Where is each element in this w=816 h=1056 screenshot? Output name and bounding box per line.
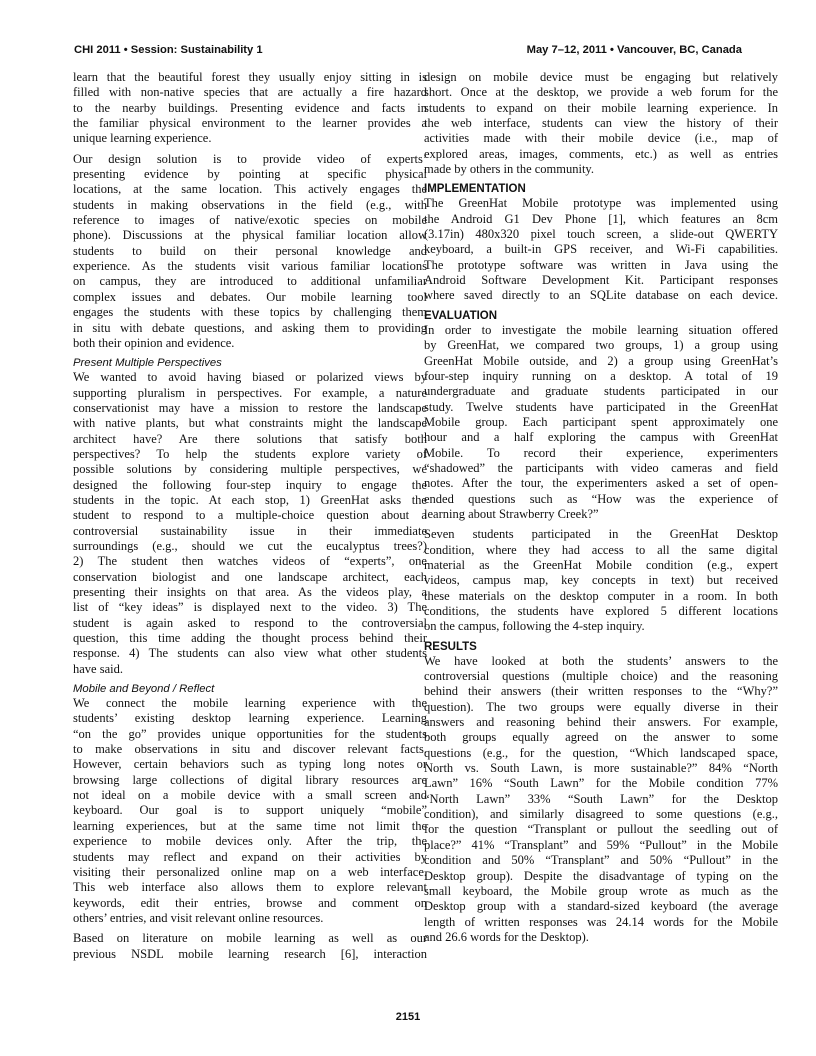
- text-line: “shadowed” the participants with video c…: [424, 461, 778, 476]
- subsection-heading-present-multiple-perspectives: Present Multiple Perspectives: [73, 356, 427, 370]
- text-line: Android Software Development Kit. Partic…: [424, 273, 778, 288]
- left-column: learn that the beautiful forest they usu…: [73, 70, 427, 967]
- text-line: previous NSDL mobile learning research […: [73, 947, 427, 962]
- paragraph: Our design solution is to provide video …: [73, 152, 427, 351]
- text-line: keywords, edit their entries, browse and…: [73, 896, 427, 911]
- text-line: condition), and similarly disagreed to s…: [424, 807, 778, 822]
- text-line: North vs. South Lawn, is more sustainabl…: [424, 761, 778, 776]
- text-line: browsing large collections of digital li…: [73, 773, 427, 788]
- text-line: four-step inquiry running on a desktop. …: [424, 369, 778, 384]
- text-line: surroundings (e.g., should we cut the eu…: [73, 539, 427, 554]
- text-line: Desktop group). Despite the disadvantage…: [424, 869, 778, 884]
- text-line: engages the students with these topics b…: [73, 305, 427, 320]
- text-line: these materials on the desktop computer …: [424, 589, 778, 604]
- text-line: material as the GreenHat Mobile conditio…: [424, 558, 778, 573]
- text-line: Mobile. To record their experience, expe…: [424, 446, 778, 461]
- text-line: for the question “Transplant or pullout …: [424, 822, 778, 837]
- text-line: with native plants, but what constraints…: [73, 416, 427, 431]
- text-line: where saved directly to an SQLite databa…: [424, 288, 778, 303]
- text-line: reference to images of native/exotic spe…: [73, 213, 427, 228]
- text-line: have said.: [73, 662, 427, 677]
- text-line: We have looked at both the students’ ans…: [424, 654, 778, 669]
- text-line: 2) The student then watches videos of “e…: [73, 554, 427, 569]
- paragraph: Based on literature on mobile learning a…: [73, 931, 427, 962]
- text-line: length of written responses was 24.14 wo…: [424, 915, 778, 930]
- paragraph: In order to investigate the mobile learn…: [424, 323, 778, 522]
- text-line: condition and 50% “Transplant” and 50% “…: [424, 853, 778, 868]
- text-line: question). The two groups were equally d…: [424, 700, 778, 715]
- text-line: We connect the mobile learning experienc…: [73, 696, 427, 711]
- paragraph: We connect the mobile learning experienc…: [73, 696, 427, 926]
- text-line: conservationist may have a mission to re…: [73, 401, 427, 416]
- text-line: to the nearby buildings. Presenting evid…: [73, 101, 427, 116]
- text-line: learning about Strawberry Creek?”: [424, 507, 778, 522]
- text-line: students in the topic. At each stop, 1) …: [73, 493, 427, 508]
- text-line: visiting their personalized online map o…: [73, 865, 427, 880]
- text-line: phone). Discussions at the physical fami…: [73, 228, 427, 243]
- text-line: and 26.6 words for the Desktop).: [424, 930, 778, 945]
- text-line: student to respond to a multiple-choice …: [73, 508, 427, 523]
- text-line: undergraduate and graduate students part…: [424, 384, 778, 399]
- text-line: in situ with debate questions, and askin…: [73, 321, 427, 336]
- paragraph: The GreenHat Mobile prototype was implem…: [424, 196, 778, 303]
- text-line: the familiar physical environment to the…: [73, 116, 427, 131]
- text-line: made by others in the community.: [424, 162, 778, 177]
- paragraph: Seven students participated in the Green…: [424, 527, 778, 634]
- text-line: In order to investigate the mobile learn…: [424, 323, 778, 338]
- text-line: This web interface also allows them to e…: [73, 880, 427, 895]
- text-line: students to expand on their mobile learn…: [424, 101, 778, 116]
- text-line: controversial sustainability issue in th…: [73, 524, 427, 539]
- text-line: “on the go” provides unique opportunitie…: [73, 727, 427, 742]
- text-line: students may reflect and expand on their…: [73, 850, 427, 865]
- text-line: short. Once at the desktop, we provide a…: [424, 85, 778, 100]
- text-line: complex issues and debates. Our mobile l…: [73, 290, 427, 305]
- text-line: the web interface, students can view the…: [424, 116, 778, 131]
- text-line: both their opinion and evidence.: [73, 336, 427, 351]
- text-line: others’ entries, and visit relevant onli…: [73, 911, 427, 926]
- text-line: study. Twelve students have participated…: [424, 400, 778, 415]
- section-heading-results: RESULTS: [424, 640, 778, 654]
- text-line: by GreenHat, we compared two groups, 1) …: [424, 338, 778, 353]
- text-line: presenting their insights on that area. …: [73, 585, 427, 600]
- text-line: locations, at the same location. This ac…: [73, 182, 427, 197]
- text-line: not ideal on a mobile device with a smal…: [73, 788, 427, 803]
- text-line: Desktop group with a standard-sized keyb…: [424, 899, 778, 914]
- text-line: on the campus, following the 4-step inqu…: [424, 619, 778, 634]
- text-line: learning experiences, but at the same ti…: [73, 819, 427, 834]
- text-line: students in making observations in the f…: [73, 198, 427, 213]
- text-line: list of “key ideas” is displayed next to…: [73, 600, 427, 615]
- text-line: question, this time adding the thought p…: [73, 631, 427, 646]
- running-header-session: CHI 2011 • Session: Sustainability 1: [74, 44, 263, 56]
- text-line: on campus, they are introduced to additi…: [73, 274, 427, 289]
- section-heading-implementation: IMPLEMENTATION: [424, 182, 778, 196]
- text-line: the Android G1 Dev Phone [1], which feat…: [424, 212, 778, 227]
- running-header-conference: May 7–12, 2011 • Vancouver, BC, Canada: [527, 44, 742, 56]
- text-line: design on mobile device must be engaging…: [424, 70, 778, 85]
- text-line: questions (e.g., for the question, “Whic…: [424, 746, 778, 761]
- text-line: ended questions such as “How was the exp…: [424, 492, 778, 507]
- text-line: small keyboard, the Mobile group wrote a…: [424, 884, 778, 899]
- text-line: keyboard, a built-in GPS receiver, and W…: [424, 242, 778, 257]
- text-line: designed the following four-step inquiry…: [73, 478, 427, 493]
- text-line: unique learning experience.: [73, 131, 427, 146]
- text-line: both groups equally agreed on the answer…: [424, 730, 778, 745]
- section-heading-evaluation: EVALUATION: [424, 309, 778, 323]
- text-line: Based on literature on mobile learning a…: [73, 931, 427, 946]
- text-line: The prototype software was written in Ja…: [424, 258, 778, 273]
- text-line: architect have? Are there solutions that…: [73, 432, 427, 447]
- text-line: hour and a half exploring the campus wit…: [424, 430, 778, 445]
- text-line: However, certain behaviors such as typin…: [73, 757, 427, 772]
- text-line: answers and reasoning behind their answe…: [424, 715, 778, 730]
- text-line: Mobile group. Each participant spent app…: [424, 415, 778, 430]
- text-line: (3.17in) 480x320 pixel touch screen, a s…: [424, 227, 778, 242]
- right-column: design on mobile device must be engaging…: [424, 70, 778, 950]
- text-line: experience. As the students visit variou…: [73, 259, 427, 274]
- text-line: place?” 41% “Transplant” and 59% “Pullou…: [424, 838, 778, 853]
- paragraph: learn that the beautiful forest they usu…: [73, 70, 427, 147]
- text-line: conservation biologist and one landscape…: [73, 570, 427, 585]
- text-line: GreenHat Mobile outside, and 2) a group …: [424, 354, 778, 369]
- text-line: explored areas, images, comments, etc.) …: [424, 147, 778, 162]
- text-line: Our design solution is to provide video …: [73, 152, 427, 167]
- text-line: learn that the beautiful forest they usu…: [73, 70, 427, 85]
- text-line: behind their answers (their written resp…: [424, 684, 778, 699]
- text-line: perspectives? To help the students explo…: [73, 447, 427, 462]
- text-line: Lawn” 16% “South Lawn” for the Mobile co…: [424, 776, 778, 791]
- text-line: We wanted to avoid having biased or pola…: [73, 370, 427, 385]
- subsection-heading-mobile-and-beyond: Mobile and Beyond / Reflect: [73, 682, 427, 696]
- text-line: response. 4) The students can also view …: [73, 646, 427, 661]
- text-line: videos, campus map, key concepts in text…: [424, 573, 778, 588]
- text-line: to make observations in situ and discove…: [73, 742, 427, 757]
- text-line: students to build on their personal know…: [73, 244, 427, 259]
- paragraph: We wanted to avoid having biased or pola…: [73, 370, 427, 677]
- text-line: activities made with their mobile device…: [424, 131, 778, 146]
- paragraph: design on mobile device must be engaging…: [424, 70, 778, 177]
- text-line: controversial questions (multiple choice…: [424, 669, 778, 684]
- text-line: The GreenHat Mobile prototype was implem…: [424, 196, 778, 211]
- text-line: supporting pluralism in perspectives. Fo…: [73, 386, 427, 401]
- text-line: Seven students participated in the Green…: [424, 527, 778, 542]
- text-line: keyboard. Our goal is to support uniquel…: [73, 803, 427, 818]
- text-line: presenting evidence by pointing at speci…: [73, 167, 427, 182]
- text-line: student is again asked to respond to the…: [73, 616, 427, 631]
- text-line: notes. After the tour, the experimenters…: [424, 476, 778, 491]
- text-line: filled with non-native species that are …: [73, 85, 427, 100]
- text-line: condition, where they had access to all …: [424, 543, 778, 558]
- text-line: “North Lawn” 33% “South Lawn” for the De…: [424, 792, 778, 807]
- text-line: conditions, the students have explored 5…: [424, 604, 778, 619]
- text-line: possible solutions by considering multip…: [73, 462, 427, 477]
- page-number: 2151: [0, 1011, 816, 1023]
- text-line: experience to mobile devices only. After…: [73, 834, 427, 849]
- paragraph: We have looked at both the students’ ans…: [424, 654, 778, 946]
- text-line: students’ existing desktop learning expe…: [73, 711, 427, 726]
